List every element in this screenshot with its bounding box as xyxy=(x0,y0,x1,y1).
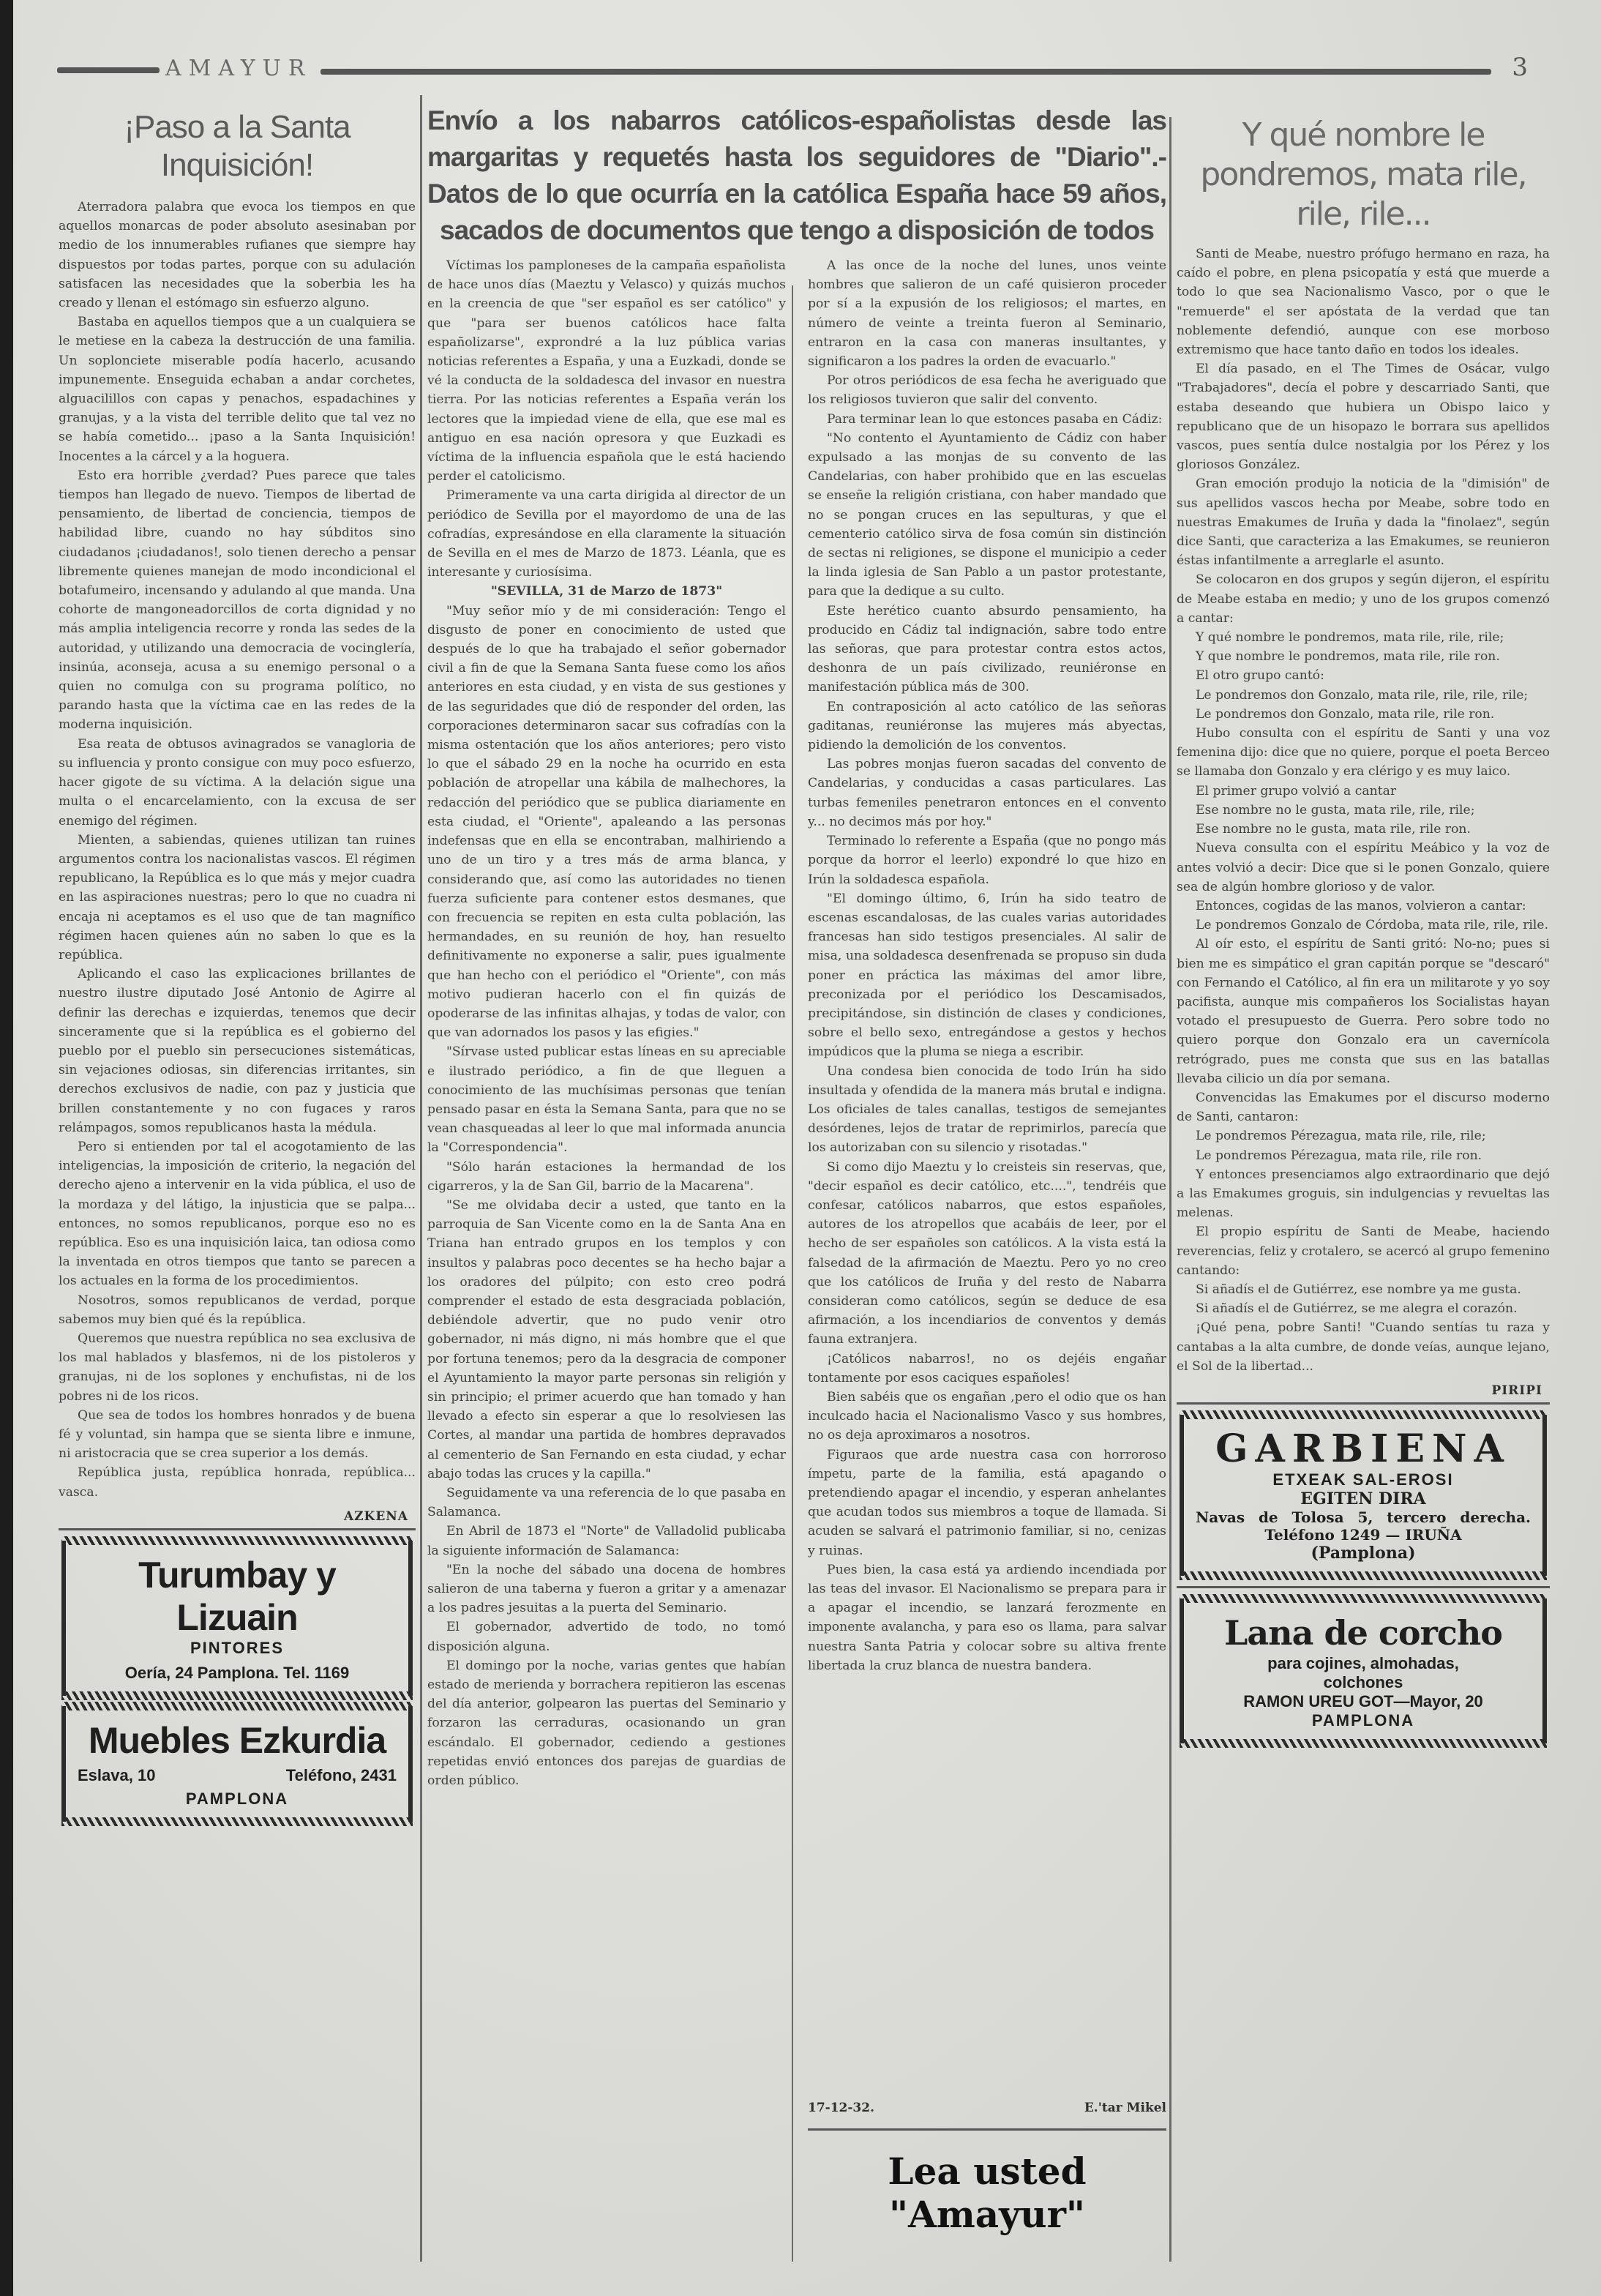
paragraph: Una condesa bien conocida de todo Irún h… xyxy=(808,1062,1166,1158)
paragraph: Esa reata de obtusos avinagrados se vana… xyxy=(59,735,416,831)
article-middle: Envío a los nabarros católicos-españolis… xyxy=(427,102,1166,1790)
paragraph: Ese nombre no le gusta, mata rile, rile,… xyxy=(1177,801,1550,820)
ad-line-1: para cojines, almohadas, xyxy=(1196,1654,1531,1673)
promo-lea-usted-amayur: Lea usted "Amayur" xyxy=(808,2150,1166,2236)
ad-city: PAMPLONA xyxy=(1196,1711,1531,1730)
paragraph: Las pobres monjas fueron sacadas del con… xyxy=(808,755,1166,831)
paragraph: Le pondremos Pérezagua, mata rile, rile,… xyxy=(1177,1126,1550,1145)
paragraph: ¡Católicos nabarros!, no os dejéis engañ… xyxy=(808,1350,1166,1388)
divider xyxy=(1177,1586,1550,1588)
paragraph: Gran emoción produjo la noticia de la "d… xyxy=(1177,474,1550,570)
paragraph: "Muy señor mío y de mi consideración: Te… xyxy=(427,602,786,1043)
article-left-body: Aterradora palabra que evoca los tiempos… xyxy=(59,198,416,1502)
article-right: Y qué nombre le pondremos, mata rile, ri… xyxy=(1177,102,1550,1754)
divider xyxy=(59,1528,416,1530)
paragraph: Entonces, cogidas de las manos, volviero… xyxy=(1177,897,1550,916)
column-divider xyxy=(1169,117,1171,2262)
article-right-signature: PIRIPI xyxy=(1177,1383,1542,1398)
paragraph: "El domingo último, 6, Irún ha sido teat… xyxy=(808,889,1166,1062)
paragraph: En contraposición al acto católico de la… xyxy=(808,698,1166,755)
paragraph: Primeramente va una carta dirigida al di… xyxy=(427,486,786,582)
paragraph: Convencidas las Emakumes por el discurso… xyxy=(1177,1088,1550,1126)
paragraph: El otro grupo cantó: xyxy=(1177,666,1550,685)
divider xyxy=(808,2128,1166,2131)
ad-subtitle-2: EGITEN DIRA xyxy=(1196,1489,1531,1508)
paragraph: Al oír esto, el espíritu de Santi gritó:… xyxy=(1177,935,1550,1088)
paragraph: Bien sabéis que os engañan ,pero el odio… xyxy=(808,1388,1166,1446)
paragraph: República justa, república honrada, repú… xyxy=(59,1463,416,1501)
paragraph: "No contento el Ayuntamiento de Cádiz co… xyxy=(808,429,1166,602)
article-middle-signature: E.'tar Mikel xyxy=(1084,2101,1166,2115)
article-left-headline: ¡Paso a la Santa Inquisición! xyxy=(59,108,416,184)
paragraph: Le pondremos Gonzalo de Córdoba, mata ri… xyxy=(1177,916,1550,935)
paragraph: Se colocaron en dos grupos y según dijer… xyxy=(1177,570,1550,628)
newspaper-page: AMAYUR 3 ¡Paso a la Santa Inquisición! A… xyxy=(13,0,1601,2296)
paragraph: Nosotros, somos republicanos de verdad, … xyxy=(59,1291,416,1329)
paragraph: El gobernador, advertido de todo, no tom… xyxy=(427,1618,786,1656)
paragraph: Aterradora palabra que evoca los tiempos… xyxy=(59,198,416,313)
paragraph: Le pondremos don Gonzalo, mata rile, ril… xyxy=(1177,705,1550,724)
ad-turumbay-lizuain: Turumbay y Lizuain PINTORES Oería, 24 Pa… xyxy=(61,1541,413,1696)
article-left-signature: AZKENA xyxy=(59,1509,408,1524)
ad-line-3: RAMON UREU GOT—Mayor, 20 xyxy=(1196,1692,1531,1711)
scan-edge xyxy=(0,0,13,2296)
paragraph: Seguidamente va una referencia de lo que… xyxy=(427,1484,786,1522)
paragraph: Le pondremos don Gonzalo, mata rile, ril… xyxy=(1177,686,1550,705)
paragraph: Si añadís el de Gutiérrez, se me alegra … xyxy=(1177,1299,1550,1318)
ad-city: (Pamplona) xyxy=(1196,1544,1531,1563)
ad-phone: Teléfono, 2431 xyxy=(286,1766,397,1785)
paragraph: Pues bien, la casa está ya ardiendo ince… xyxy=(808,1560,1166,1675)
paragraph: El primer grupo volvió a cantar xyxy=(1177,782,1550,801)
ad-title: GARBIENA xyxy=(1196,1428,1531,1470)
divider xyxy=(1177,1402,1550,1405)
masthead-rule-left xyxy=(57,67,160,73)
paragraph: A las once de la noche del lunes, unos v… xyxy=(808,256,1166,371)
paragraph: Que sea de todos los hombres honrados y … xyxy=(59,1406,416,1464)
paragraph: "Sólo harán estaciones la hermandad de l… xyxy=(427,1158,786,1196)
article-right-body: Santi de Meabe, nuestro prófugo hermano … xyxy=(1177,244,1550,1376)
ad-garbiena: GARBIENA ETXEAK SAL-EROSI EGITEN DIRA Na… xyxy=(1180,1415,1547,1576)
paragraph: "SEVILLA, 31 de Marzo de 1873" xyxy=(427,582,786,601)
paragraph: Aplicando el caso las explicaciones bril… xyxy=(59,965,416,1137)
paragraph: Bastaba en aquellos tiempos que a un cua… xyxy=(59,313,416,466)
paragraph: ¡Qué pena, pobre Santi! "Cuando sentías … xyxy=(1177,1318,1550,1376)
paragraph: Y que nombre le pondremos, mata rile, ri… xyxy=(1177,647,1550,666)
article-left: ¡Paso a la Santa Inquisición! Aterradora… xyxy=(59,102,416,1832)
masthead: AMAYUR 3 xyxy=(57,57,1579,86)
ad-muebles-ezkurdia: Muebles Ezkurdia Eslava, 10 Teléfono, 24… xyxy=(61,1706,413,1822)
paragraph: Hubo consulta con el espíritu de Santi y… xyxy=(1177,724,1550,782)
paragraph: Queremos que nuestra república no sea ex… xyxy=(59,1329,416,1406)
article-middle-date: 17-12-32. xyxy=(808,2101,874,2115)
ad-title: Lana de corcho xyxy=(1196,1612,1531,1654)
paragraph: Terminado lo referente a España (que no … xyxy=(808,831,1166,889)
paragraph: Y qué nombre le pondremos, mata rile, ri… xyxy=(1177,628,1550,647)
paragraph: Y entonces presenciamos algo extraordina… xyxy=(1177,1165,1550,1223)
paragraph: "En la noche del sábado una docena de ho… xyxy=(427,1560,786,1618)
paragraph: "Sírvase usted publicar estas líneas en … xyxy=(427,1042,786,1157)
article-middle-headline: Envío a los nabarros católicos-españolis… xyxy=(427,102,1166,249)
ad-line-2: colchones xyxy=(1196,1673,1531,1692)
paragraph: Le pondremos Pérezagua, mata rile, rile … xyxy=(1177,1146,1550,1165)
ad-address: Eslava, 10 xyxy=(78,1766,155,1785)
paragraph: Por otros periódicos de esa fecha he ave… xyxy=(808,371,1166,409)
paragraph: Esto era horrible ¿verdad? Pues parece q… xyxy=(59,466,416,735)
ad-city: PAMPLONA xyxy=(78,1790,397,1809)
paragraph: Pero si entienden por tal el acogotamien… xyxy=(59,1137,416,1291)
paragraph: Figuraos que arde nuestra casa con horro… xyxy=(808,1446,1166,1560)
column-divider xyxy=(420,95,422,2262)
paragraph: Mienten, a sabiendas, quienes utilizan t… xyxy=(59,831,416,965)
ad-lana-de-corcho: Lana de corcho para cojines, almohadas, … xyxy=(1180,1598,1547,1743)
paragraph: El día pasado, en el The Times de Osácar… xyxy=(1177,359,1550,474)
paragraph: Nueva consulta con el espíritu Meábico y… xyxy=(1177,839,1550,897)
paragraph: Ese nombre no le gusta, mata rile, rile … xyxy=(1177,820,1550,839)
page-number: 3 xyxy=(1512,53,1528,82)
paragraph: Si como dijo Maeztu y lo creisteis sin r… xyxy=(808,1158,1166,1350)
paragraph: Para terminar lean lo que estonces pasab… xyxy=(808,410,1166,429)
ad-address: Navas de Tolosa 5, tercero derecha. Telé… xyxy=(1196,1508,1531,1544)
masthead-title: AMAYUR xyxy=(165,56,312,81)
article-middle-column-2: A las once de la noche del lunes, unos v… xyxy=(808,256,1166,1790)
paragraph: El propio espíritu de Santi de Meabe, ha… xyxy=(1177,1222,1550,1280)
ad-subtitle: PINTORES xyxy=(78,1639,397,1658)
ad-title: Turumbay y Lizuain xyxy=(78,1554,397,1639)
paragraph: En Abril de 1873 el "Norte" de Valladoli… xyxy=(427,1522,786,1560)
paragraph: Si añadís el de Gutiérrez, ese nombre ya… xyxy=(1177,1280,1550,1299)
ad-subtitle: ETXEAK SAL-EROSI xyxy=(1196,1470,1531,1489)
article-right-headline: Y qué nombre le pondremos, mata rile, ri… xyxy=(1177,116,1550,234)
paragraph: Santi de Meabe, nuestro prófugo hermano … xyxy=(1177,244,1550,359)
article-middle-column-1: Víctimas los pamploneses de la campaña e… xyxy=(427,256,786,1790)
paragraph: Víctimas los pamploneses de la campaña e… xyxy=(427,256,786,486)
paragraph: Este herético cuanto absurdo pensamiento… xyxy=(808,602,1166,698)
masthead-rule-right xyxy=(320,69,1491,75)
ad-address: Oería, 24 Pamplona. Tel. 1169 xyxy=(78,1664,397,1683)
ad-title: Muebles Ezkurdia xyxy=(78,1719,397,1762)
paragraph: "Se me olvidaba decir a usted, que tanto… xyxy=(427,1196,786,1484)
paragraph: El domingo por la noche, varias gentes q… xyxy=(427,1656,786,1790)
